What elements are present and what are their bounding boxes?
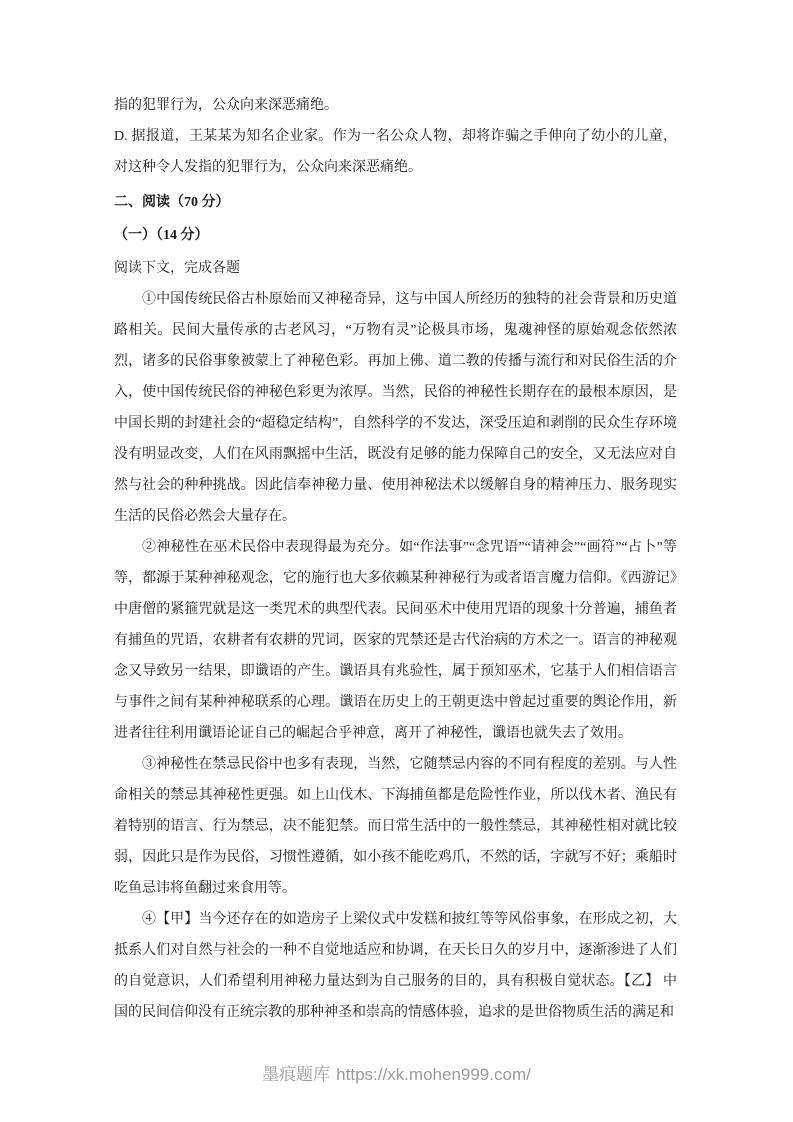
passage-paragraph-3: ③神秘性在禁忌民俗中也多有表现，当然，它随禁忌内容的不同有程度的差别。与人性命相… [114,749,677,904]
watermark-url: https://xk.mohen999.com/ [336,1065,531,1084]
document-page: 指的犯罪行为，公众向来深恶痛绝。 D. 据报道，王某某为知名企业家。作为一名公众… [0,0,793,1122]
watermark-site-name: 墨痕题库 [262,1065,330,1084]
subsection-heading: （一）（14 分） [114,220,677,251]
passage-paragraph-1: ①中国传统民俗古朴原始而又神秘奇异，这与中国人所经历的独特的社会背景和历史道路相… [114,284,677,532]
reading-instruction: 阅读下文，完成各题 [114,253,677,284]
passage-paragraph-4: ④【甲】当今还存在的如造房子上梁仪式中发糕和披红等等风俗事象，在形成之初，大抵系… [114,904,677,1028]
option-c-tail-text: 指的犯罪行为，公众向来深恶痛绝。 [114,90,677,121]
passage-paragraph-2: ②神秘性在巫术民俗中表现得最为充分。如“作法事”“念咒语”“请神会”“画符”“占… [114,532,677,749]
option-d-text: D. 据报道，王某某为知名企业家。作为一名公众人物，却将诈骗之手伸向了幼小的儿童… [114,121,677,183]
document-content: 指的犯罪行为，公众向来深恶痛绝。 D. 据报道，王某某为知名企业家。作为一名公众… [114,90,677,1028]
section-heading: 二、阅读（70 分） [114,187,677,218]
watermark-footer: 墨痕题库https://xk.mohen999.com/ [0,1062,793,1088]
